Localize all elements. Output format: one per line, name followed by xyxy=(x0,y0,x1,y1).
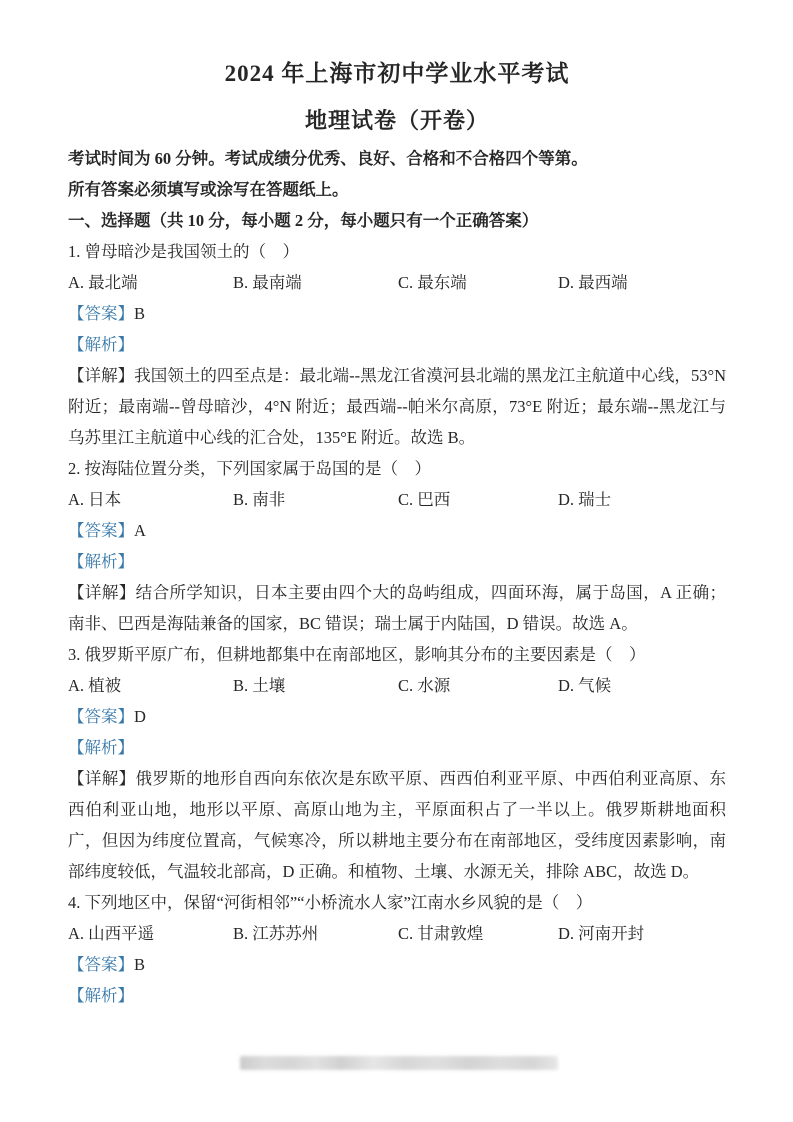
detail-text: 我国领土的四至点是：最北端--黑龙江省漠河县北端的黑龙江主航道中心线，53°N … xyxy=(68,366,726,447)
option-d: D. 河南开封 xyxy=(558,918,726,949)
answer-line: 【答案】D xyxy=(68,701,726,732)
analysis-label: 【解析】 xyxy=(68,335,134,354)
detail-label: 【详解】 xyxy=(68,583,136,602)
section-heading: 一、选择题（共 10 分，每小题 2 分，每小题只有一个正确答案） xyxy=(68,205,726,236)
option-a: A. 植被 xyxy=(68,670,233,701)
question-stem: 2. 按海陆位置分类，下列国家属于岛国的是（ ） xyxy=(68,453,726,484)
detail-label: 【详解】 xyxy=(68,769,136,788)
question-block-3: 3. 俄罗斯平原广布，但耕地都集中在南部地区，影响其分布的主要因素是（ ） A.… xyxy=(68,639,726,887)
analysis-line: 【解析】 xyxy=(68,980,726,1011)
answer-label: 【答案】 xyxy=(68,707,134,726)
document-body: 2024 年上海市初中学业水平考试 地理试卷（开卷） 考试时间为 60 分钟。考… xyxy=(68,58,726,1011)
option-a: A. 日本 xyxy=(68,484,233,515)
option-d: D. 气候 xyxy=(558,670,726,701)
answer-value: A xyxy=(134,521,146,540)
answer-value: B xyxy=(134,304,145,323)
option-c: C. 巴西 xyxy=(398,484,558,515)
question-stem: 1. 曾母暗沙是我国领土的（ ） xyxy=(68,236,726,267)
option-c: C. 最东端 xyxy=(398,267,558,298)
exam-notice-2: 所有答案必须填写或涂写在答题纸上。 xyxy=(68,174,726,205)
option-d: D. 最西端 xyxy=(558,267,726,298)
detail-paragraph: 【详解】我国领土的四至点是：最北端--黑龙江省漠河县北端的黑龙江主航道中心线，5… xyxy=(68,360,726,453)
analysis-label: 【解析】 xyxy=(68,552,134,571)
detail-text: 结合所学知识，日本主要由四个大的岛屿组成，四面环海，属于岛国，A 正确；南非、巴… xyxy=(68,583,726,633)
analysis-label: 【解析】 xyxy=(68,738,134,757)
question-options: A. 植被 B. 土壤 C. 水源 D. 气候 xyxy=(68,670,726,701)
exam-subtitle: 地理试卷（开卷） xyxy=(68,105,726,137)
answer-value: B xyxy=(134,955,145,974)
exam-notice-1: 考试时间为 60 分钟。考试成绩分优秀、良好、合格和不合格四个等第。 xyxy=(68,143,726,174)
analysis-line: 【解析】 xyxy=(68,732,726,763)
answer-line: 【答案】B xyxy=(68,949,726,980)
question-block-1: 1. 曾母暗沙是我国领土的（ ） A. 最北端 B. 最南端 C. 最东端 D.… xyxy=(68,236,726,453)
option-c: C. 水源 xyxy=(398,670,558,701)
question-stem: 4. 下列地区中，保留“河街相邻”“小桥流水人家”江南水乡风貌的是（ ） xyxy=(68,887,726,918)
detail-text: 俄罗斯的地形自西向东依次是东欧平原、西西伯利亚平原、中西伯利亚高原、东西伯利亚山… xyxy=(68,769,726,881)
exam-title: 2024 年上海市初中学业水平考试 xyxy=(68,58,726,90)
exam-document-page: { "document": { "title": "2024 年上海市初中学业水… xyxy=(0,0,793,1122)
option-b: B. 最南端 xyxy=(233,267,398,298)
option-d: D. 瑞士 xyxy=(558,484,726,515)
question-options: A. 最北端 B. 最南端 C. 最东端 D. 最西端 xyxy=(68,267,726,298)
answer-line: 【答案】A xyxy=(68,515,726,546)
detail-label: 【详解】 xyxy=(68,366,134,385)
blurred-watermark xyxy=(240,1056,558,1070)
question-options: A. 日本 B. 南非 C. 巴西 D. 瑞士 xyxy=(68,484,726,515)
option-b: B. 南非 xyxy=(233,484,398,515)
question-block-4: 4. 下列地区中，保留“河街相邻”“小桥流水人家”江南水乡风貌的是（ ） A. … xyxy=(68,887,726,1011)
detail-paragraph: 【详解】结合所学知识，日本主要由四个大的岛屿组成，四面环海，属于岛国，A 正确；… xyxy=(68,577,726,639)
question-stem: 3. 俄罗斯平原广布，但耕地都集中在南部地区，影响其分布的主要因素是（ ） xyxy=(68,639,726,670)
analysis-line: 【解析】 xyxy=(68,329,726,360)
analysis-label: 【解析】 xyxy=(68,986,134,1005)
detail-paragraph: 【详解】俄罗斯的地形自西向东依次是东欧平原、西西伯利亚平原、中西伯利亚高原、东西… xyxy=(68,763,726,887)
option-a: A. 山西平遥 xyxy=(68,918,233,949)
question-options: A. 山西平遥 B. 江苏苏州 C. 甘肃敦煌 D. 河南开封 xyxy=(68,918,726,949)
answer-value: D xyxy=(134,707,146,726)
option-a: A. 最北端 xyxy=(68,267,233,298)
answer-label: 【答案】 xyxy=(68,955,134,974)
option-b: B. 土壤 xyxy=(233,670,398,701)
answer-label: 【答案】 xyxy=(68,521,134,540)
answer-label: 【答案】 xyxy=(68,304,134,323)
question-block-2: 2. 按海陆位置分类，下列国家属于岛国的是（ ） A. 日本 B. 南非 C. … xyxy=(68,453,726,639)
option-c: C. 甘肃敦煌 xyxy=(398,918,558,949)
option-b: B. 江苏苏州 xyxy=(233,918,398,949)
answer-line: 【答案】B xyxy=(68,298,726,329)
analysis-line: 【解析】 xyxy=(68,546,726,577)
